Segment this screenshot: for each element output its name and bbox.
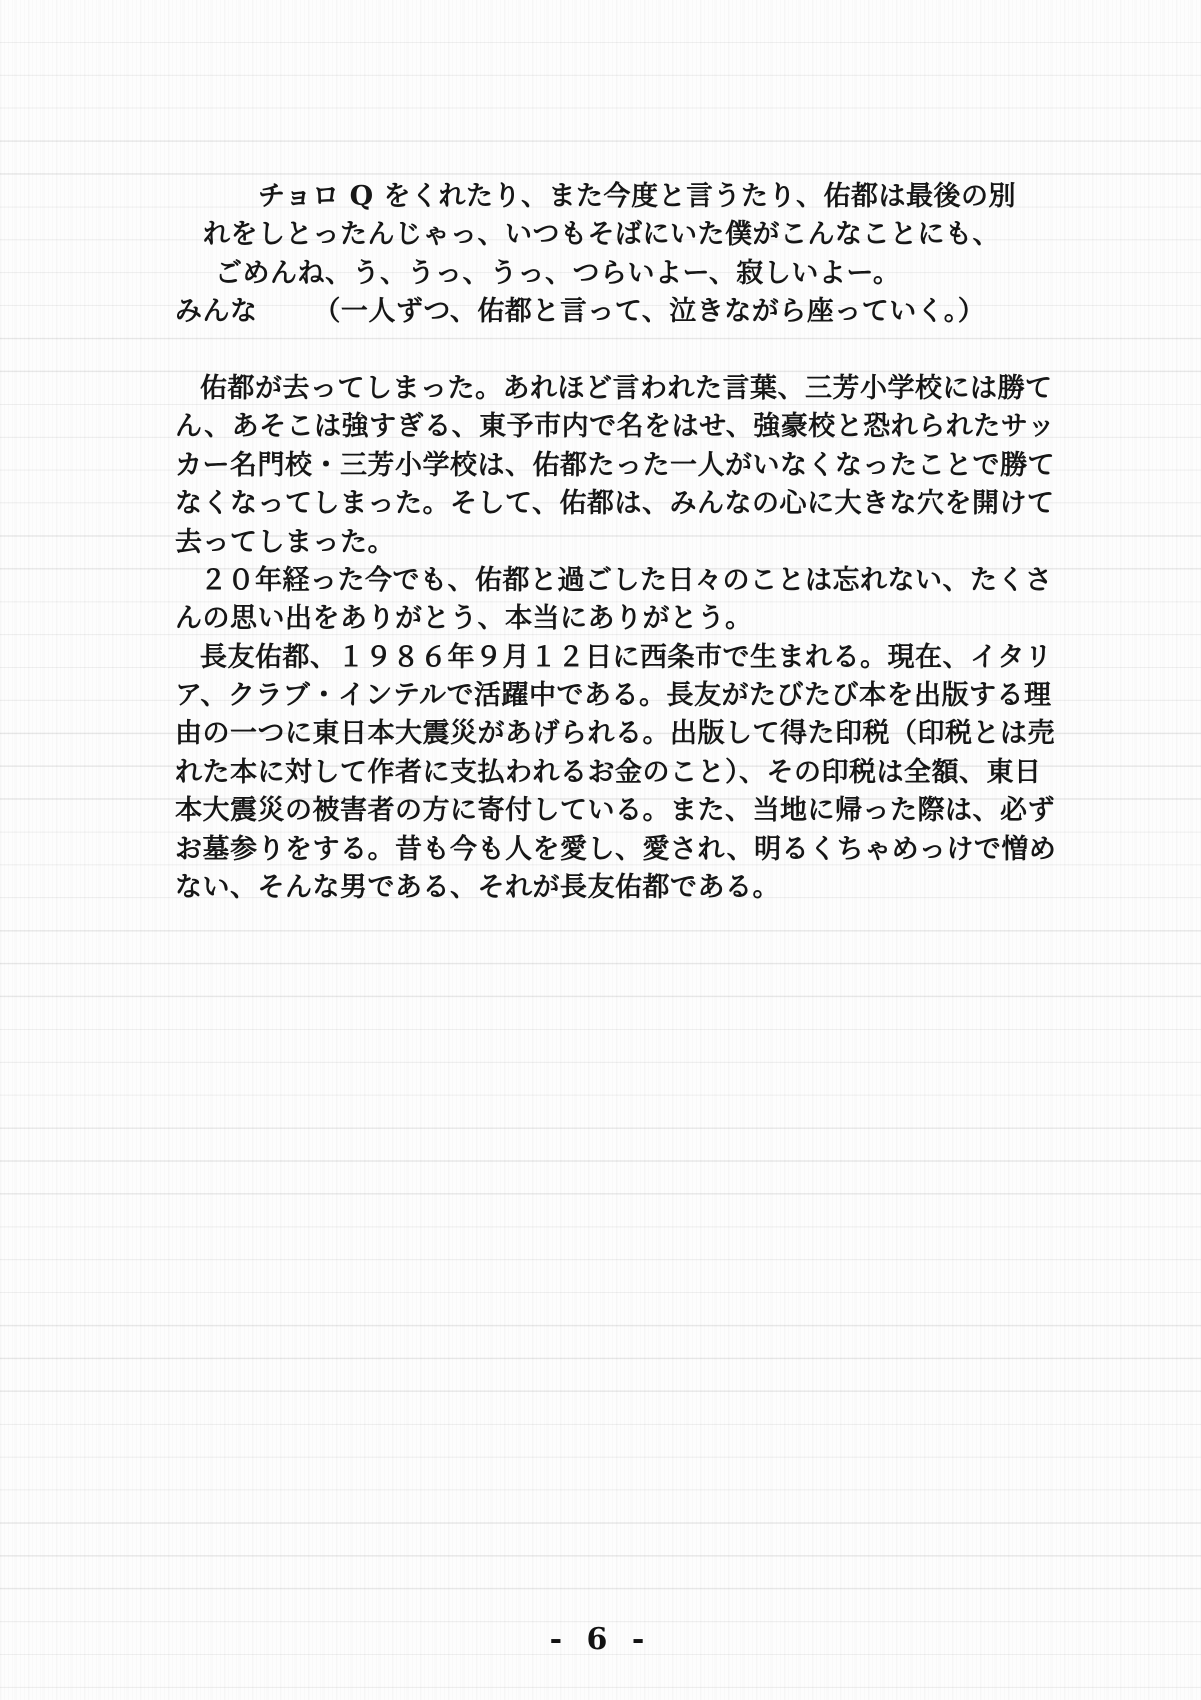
body-text-line: なくなってしまった。そして、佑都は、みんなの心に大きな穴を開けて [175, 485, 1075, 523]
body-text-line: カー名門校・三芳小学校は、佑都たった一人がいなくなったことで勝て [175, 447, 1075, 485]
body-text-line: ない、そんな男である、それが長友佑都である。 [175, 869, 1075, 907]
body-text-line: ん、あそこは強すぎる、東予市内で名をはせ、強豪校と恐れられたサッ [175, 408, 1075, 446]
body-text-line: お墓参りをする。昔も今も人を愛し、愛され、明るくちゃめっけで憎め [175, 831, 1075, 869]
dialogue-quote-line: チョロ Q をくれたり、また今度と言うたり、佑都は最後の別 [175, 178, 1075, 216]
stage-direction: （一人ずつ、佑都と言って、泣きながら座っていく。） [313, 296, 985, 327]
dialogue-speaker-line: みんな （一人ずつ、佑都と言って、泣きながら座っていく。） [175, 293, 1075, 331]
body-text-line: んの思い出をありがとう、本当にありがとう。 [175, 600, 1075, 638]
page-number: - 6 - [550, 1622, 652, 1657]
blank-line [175, 332, 1075, 370]
body-text-line: 去ってしまった。 [175, 524, 1075, 562]
body-text-line: 由の一つに東日本大震災があげられる。出版して得た印税（印税とは売 [175, 715, 1075, 753]
dialogue-quote-line: れをしとったんじゃっ、いつもそばにいた僕がこんなことにも、 [175, 216, 1075, 254]
body-text-line: ア、クラブ・インテルで活躍中である。長友がたびたび本を出版する理 [175, 677, 1075, 715]
dialogue-quote-line: ごめんね、う、うっ、うっ、つらいよー、寂しいよー。 [175, 255, 1075, 293]
body-text-line: 本大震災の被害者の方に寄付している。また、当地に帰った際は、必ず [175, 792, 1075, 830]
body-text-line: ２０年経った今でも、佑都と過ごした日々のことは忘れない、たくさ [175, 562, 1075, 600]
page-text-block: チョロ Q をくれたり、また今度と言うたり、佑都は最後の別 れをしとったんじゃっ… [175, 178, 1075, 907]
scanned-document-page: チョロ Q をくれたり、また今度と言うたり、佑都は最後の別 れをしとったんじゃっ… [0, 0, 1201, 1700]
speaker-name: みんな [175, 296, 258, 327]
body-text-line: れた本に対して作者に支払われるお金のこと）、その印税は全額、東日 [175, 754, 1075, 792]
body-text-line: 佑都が去ってしまった。あれほど言われた言葉、三芳小学校には勝て [175, 370, 1075, 408]
page-footer: - 6 - [0, 1622, 1201, 1657]
body-text-line: 長友佑都、１９８６年９月１２日に西条市で生まれる。現在、イタリ [175, 639, 1075, 677]
